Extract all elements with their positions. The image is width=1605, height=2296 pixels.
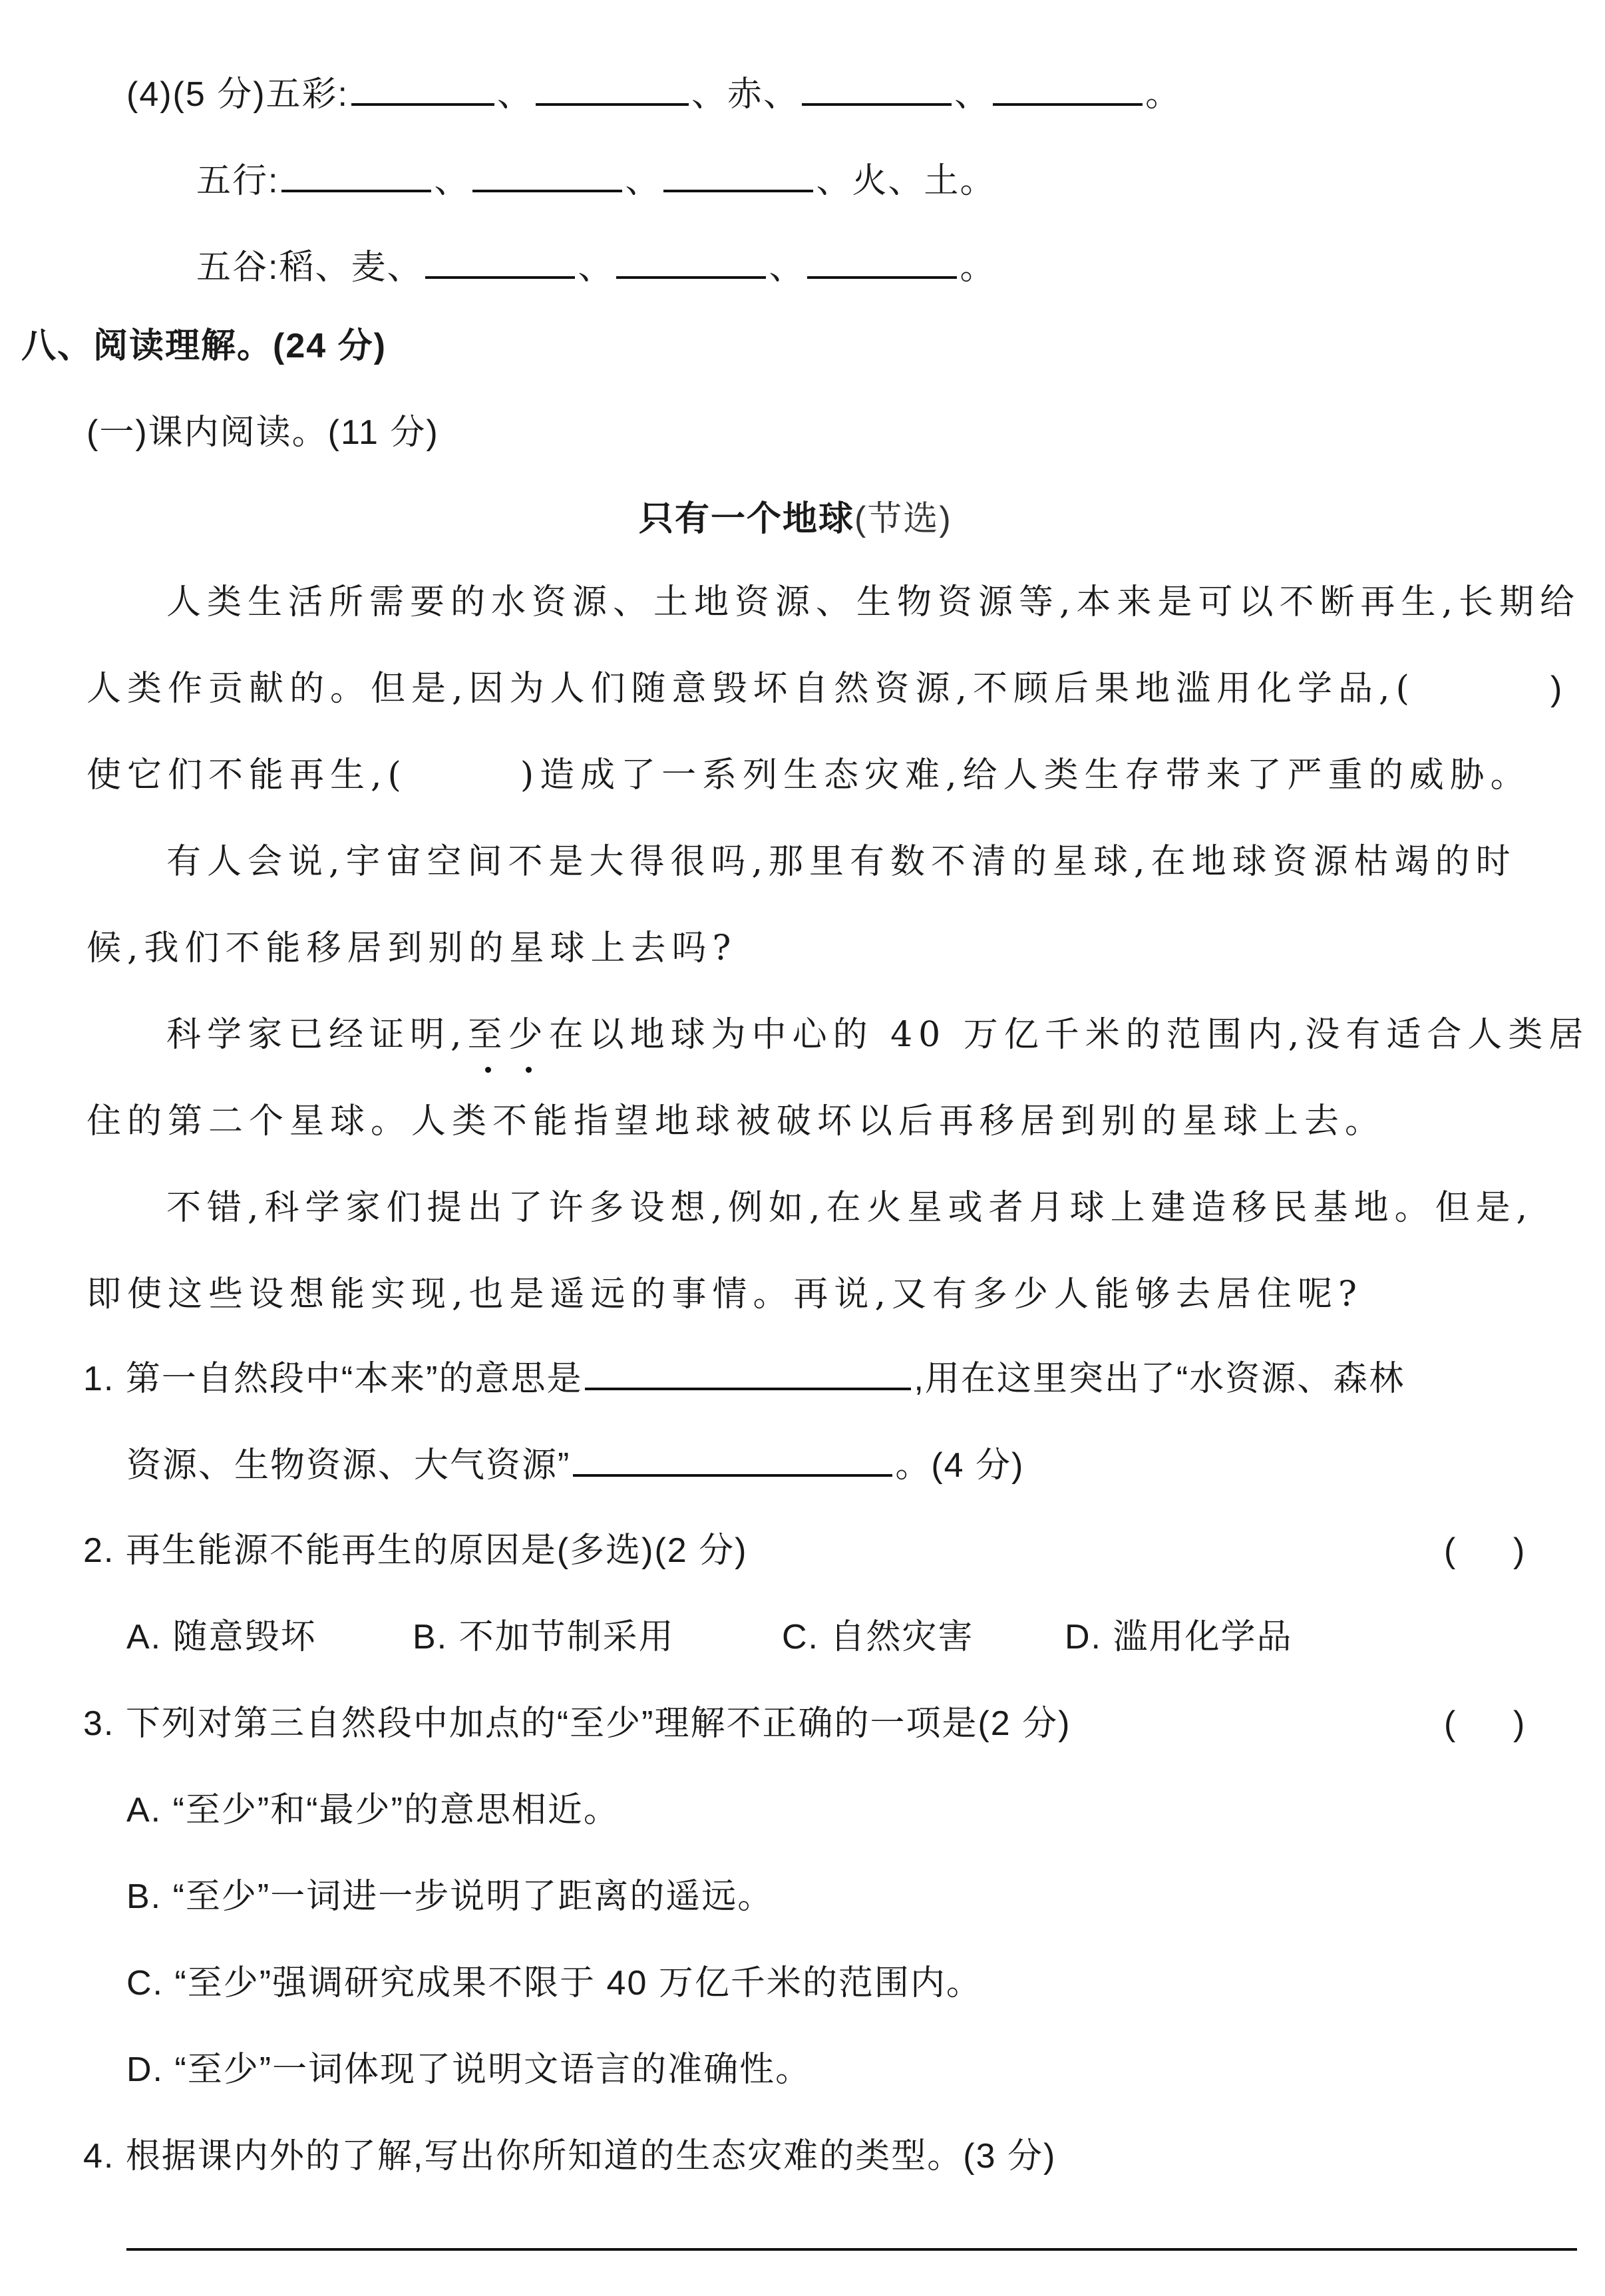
option-b[interactable]: B. “至少”一词进一步说明了距离的遥远。 <box>126 1873 773 1920</box>
question-1-cont: 资源、生物资源、大气资源”。(4 分) <box>126 1441 1024 1489</box>
passage-line: 人类生活所需要的水资源、土地资源、生物资源等,本来是可以不断再生,长期给 <box>166 579 1580 626</box>
passage-line: 人类作贡献的。但是,因为人们随意毁坏自然资源,不顾后果地滥用化学品,( <box>87 666 1415 712</box>
answer-blank[interactable] <box>281 156 431 192</box>
answer-blank[interactable] <box>573 1441 892 1477</box>
question-2: 2. 再生能源不能再生的原因是(多选)(2 分) <box>83 1527 747 1574</box>
answer-blank[interactable] <box>616 243 766 279</box>
passage-line: 即使这些设想能实现,也是遥远的事情。再说,又有多少人能够去居住呢? <box>87 1271 1363 1318</box>
passage-line: 有人会说,宇宙空间不是大得很吗,那里有数不清的星球,在地球资源枯竭的时 <box>166 839 1516 885</box>
passage-line: 不错,科学家们提出了许多设想,例如,在火星或者月球上建造移民基地。但是, <box>166 1185 1533 1231</box>
question-2-options: A. 随意毁坏B. 不加节制采用C. 自然灾害D. 滥用化学品 <box>126 1614 1292 1660</box>
answer-blank[interactable] <box>472 156 622 192</box>
question-4: 4. 根据课内外的了解,写出你所知道的生态灾难的类型。(3 分) <box>83 2133 1056 2180</box>
answer-blank[interactable] <box>993 70 1143 106</box>
option-a[interactable]: A. 随意毁坏 <box>126 1614 413 1660</box>
wugu-line: 五谷:稻、麦、、、。 <box>196 243 996 291</box>
answer-blank[interactable] <box>802 70 952 106</box>
answer-blank[interactable] <box>585 1354 911 1390</box>
emphasized-char: 少 <box>508 1012 549 1058</box>
question-label: (4)(5 分)五彩: <box>126 75 349 114</box>
answer-blank[interactable] <box>536 70 689 106</box>
option-d[interactable]: D. “至少”一词体现了说明文语言的准确性。 <box>126 2046 811 2093</box>
answer-line[interactable] <box>126 2248 1577 2251</box>
passage-line: 科学家已经证明,至少在以地球为中心的 40 万亿千米的范围内,没有适合人类居 <box>166 1012 1589 1058</box>
passage-line: 候,我们不能移居到别的星球上去吗? <box>87 925 737 972</box>
answer-paren[interactable]: ( ) <box>1444 1700 1524 1747</box>
question-3: 3. 下列对第三自然段中加点的“至少”理解不正确的一项是(2 分) <box>83 1700 1071 1747</box>
option-b[interactable]: B. 不加节制采用 <box>413 1614 782 1660</box>
option-c[interactable]: C. “至少”强调研究成果不限于 40 万亿千米的范围内。 <box>126 1960 982 2007</box>
option-c[interactable]: C. 自然灾害 <box>782 1614 1065 1660</box>
option-d[interactable]: D. 滥用化学品 <box>1065 1618 1292 1656</box>
title-note: (节选) <box>854 500 952 538</box>
question-4-wucai: (4)(5 分)五彩:、、赤、、。 <box>126 70 1181 118</box>
answer-blank[interactable] <box>351 70 494 106</box>
question-1: 1. 第一自然段中“本来”的意思是,用在这里突出了“水资源、森林 <box>83 1354 1405 1402</box>
section-heading: 八、阅读理解。(24 分) <box>21 323 387 369</box>
passage-title: 只有一个地球(节选) <box>639 496 952 542</box>
part-heading: (一)课内阅读。(11 分) <box>87 409 439 456</box>
passage-line: 住的第二个星球。人类不能指望地球被破坏以后再移居到别的星球上去。 <box>87 1098 1385 1145</box>
answer-paren[interactable]: ( ) <box>1444 1527 1524 1574</box>
answer-blank[interactable] <box>425 243 575 279</box>
passage-line: 使它们不能再生,()造成了一系列生态灾难,给人类生存带来了严重的威胁。 <box>87 752 1531 799</box>
emphasized-char: 至 <box>468 1012 508 1058</box>
wuxing-line: 五行:、、、火、土。 <box>196 156 996 204</box>
answer-blank[interactable] <box>663 156 813 192</box>
fill-paren-close[interactable]: ) <box>1550 666 1562 712</box>
answer-blank[interactable] <box>807 243 957 279</box>
option-a[interactable]: A. “至少”和“最少”的意思相近。 <box>126 1787 620 1833</box>
